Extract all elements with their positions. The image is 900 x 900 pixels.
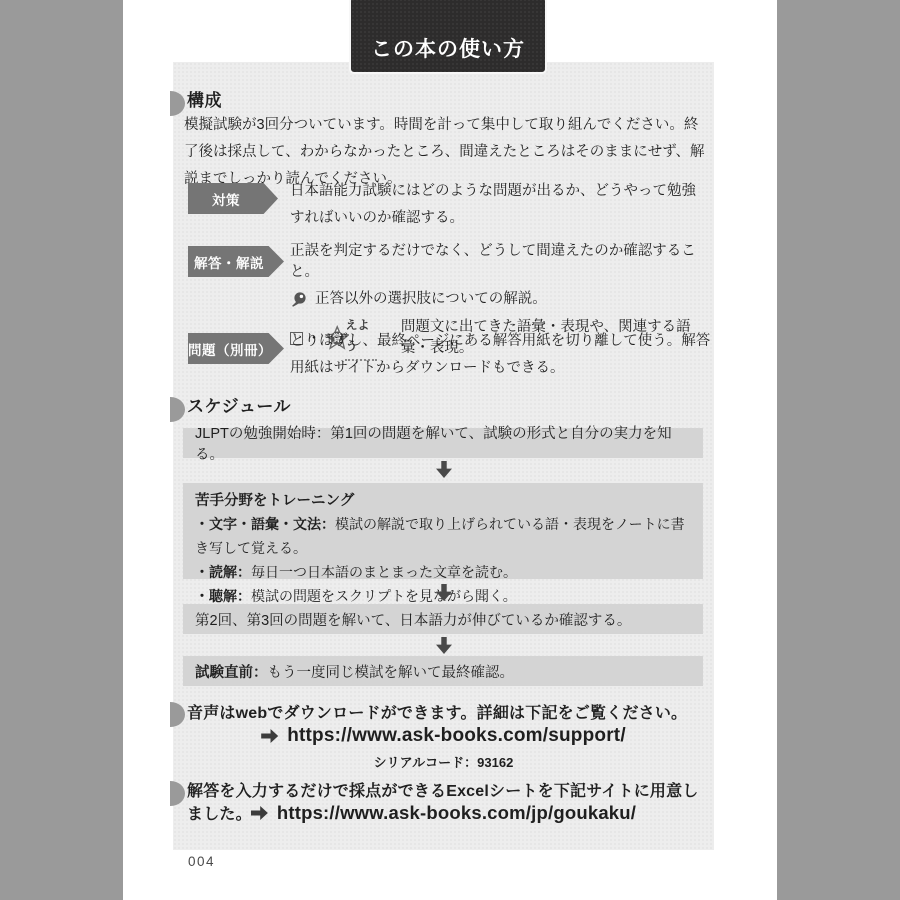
taisaku-label: 対策 — [188, 183, 278, 214]
schedule-step-4: 試験直前：もう一度同じ模試を解いて最終確認。 — [183, 656, 703, 686]
kaitou-line-2: 正答以外の選択肢についての解説。 — [290, 289, 714, 310]
kaitou-label: 解答・解説 — [188, 246, 284, 277]
audio-heading: 音声はwebでダウンロードができます。詳細は下記をご覧ください。 — [187, 700, 687, 723]
left-gutter — [0, 0, 123, 900]
section-bullet — [170, 91, 185, 116]
arrow-down-icon — [436, 637, 452, 654]
schedule-training-box: 苦手分野をトレーニング ・文字・語彙・文法：模試の解説で取り上げられている語・表… — [183, 483, 703, 579]
mondai-label: 問題（別冊） — [188, 333, 284, 364]
training-title: 苦手分野をトレーニング — [195, 490, 691, 512]
right-gutter — [777, 0, 900, 900]
kaitou-line-1: 正誤を判定するだけでなく、どうして間違えたのか確認すること。 — [290, 241, 714, 283]
schedule-step-3: 第2回、第3回の問題を解いて、日本語力が伸びているか確認する。 — [183, 604, 703, 634]
taisaku-text: 日本語能力試験にはどのような問題が出るか、どうやって勉強すればいいのか確認する。 — [290, 178, 710, 232]
training-item: ・文字・語彙・文法：模試の解説で取り上げられている語・表現をノートに書き写して覚… — [195, 512, 691, 560]
audio-url[interactable]: https://www.ask-books.com/support/ — [287, 725, 626, 747]
section-bullet — [170, 702, 185, 727]
training-item: ・読解：毎日一つ日本語のまとまった文章を読む。 — [195, 560, 691, 584]
excel-url[interactable]: https://www.ask-books.com/jp/goukaku/ — [277, 802, 636, 824]
mondai-text: とりはずし、最終ページにある解答用紙を切り離して使う。解答用紙はサイトからダウン… — [290, 328, 712, 382]
page-title: この本の使い方 — [371, 33, 525, 63]
audio-url-line: https://www.ask-books.com/support/ — [173, 725, 714, 747]
serial-code: シリアルコード：93162 — [173, 752, 714, 771]
schedule-heading: スケジュール — [187, 392, 291, 417]
schedule-step-1: JLPTの勉強開始時：第1回の問題を解いて、試験の形式と自分の実力を知る。 — [183, 428, 703, 458]
page-panel: 構成 模擬試験が3回分ついています。時間を計って集中して取り組んでください。終了… — [173, 62, 714, 850]
page-title-box: この本の使い方 — [349, 0, 547, 74]
section-bullet — [170, 397, 185, 422]
arrow-right-icon — [251, 806, 268, 820]
kousei-heading: 構成 — [187, 86, 222, 111]
page-number: 004 — [188, 854, 215, 869]
excel-url-line: https://www.ask-books.com/jp/goukaku/ — [173, 802, 714, 824]
arrow-right-icon — [261, 729, 278, 743]
pencil-icon — [290, 291, 307, 308]
